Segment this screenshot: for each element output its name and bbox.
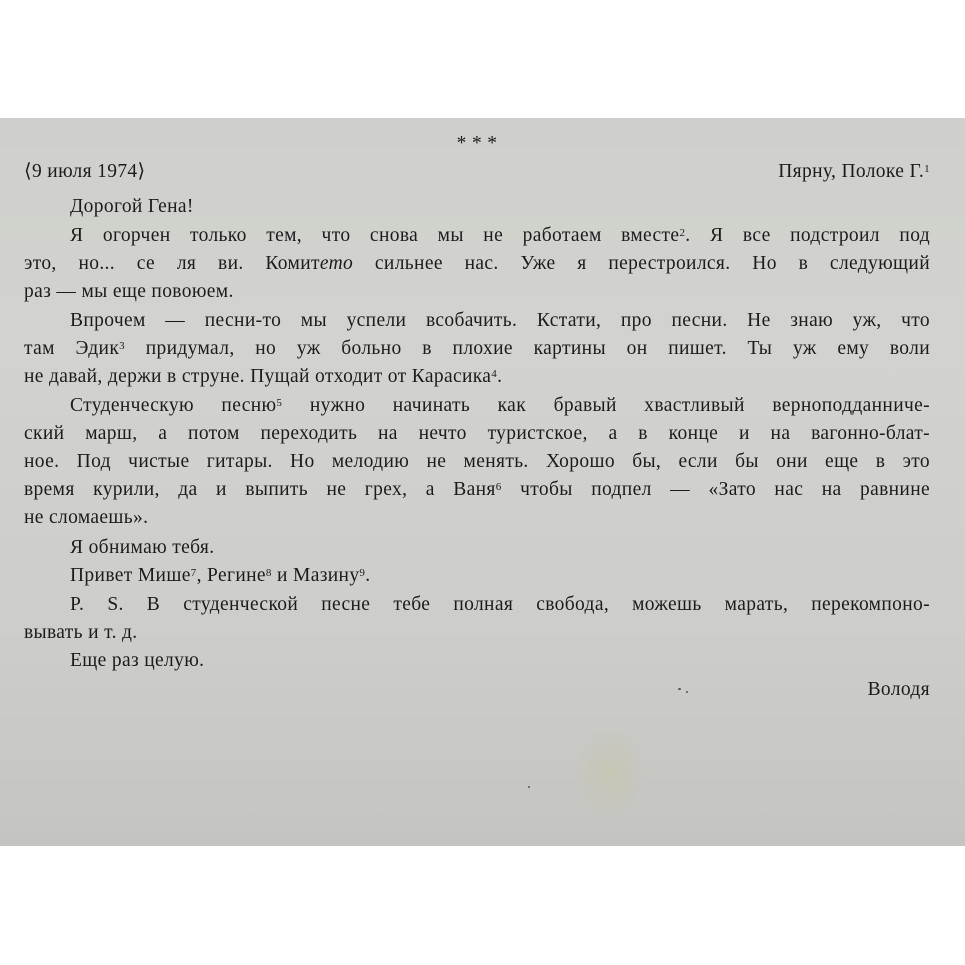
paragraph-2-line-3: не давай, держи в струне. Пущай отходит …: [24, 365, 930, 389]
paragraph-3-line-4: время курили, да и выпить не грех, а Ван…: [24, 478, 930, 502]
section-separator: * * *: [24, 132, 930, 156]
postscript-line-2: вывать и т. д.: [24, 621, 930, 645]
page-photo: * * * ⟨9 июля 1974⟩ Пярну, Полоке Г.1 До…: [0, 118, 965, 846]
paragraph-1-line-3: раз — мы еще повоюем.: [24, 280, 930, 304]
footnote-ref: 6: [496, 481, 502, 493]
footnote-ref: 5: [276, 397, 282, 409]
paragraph-3-line-3: ное. Под чистые гитары. Но мелодию не ме…: [24, 450, 930, 474]
paragraph-1-line-2: это, но... се ля ви. Комитето сильнее на…: [24, 252, 930, 276]
paragraph-2-line-2: там Эдик3 придумал, но уж больно в плохи…: [24, 337, 930, 361]
closing-kiss: Еще раз целую.: [70, 649, 930, 673]
paragraph-3-line-5: не сломаешь».: [24, 506, 930, 530]
footnote-ref: 1: [924, 163, 930, 175]
paragraph-1-line-1: Я огорчен только тем, что снова мы не ра…: [70, 224, 930, 248]
closing-hug: Я обнимаю тебя.: [70, 536, 930, 560]
greeting-line: Привет Мише7, Регине8 и Мазину9.: [70, 564, 930, 588]
ink-speck: [528, 786, 530, 788]
footnote-ref: 8: [266, 567, 272, 579]
letter-place: Пярну, Полоке Г.1: [24, 160, 930, 184]
footnote-ref: 9: [359, 567, 365, 579]
footnote-ref: 4: [491, 368, 497, 380]
paragraph-3-line-2: ский марш, а потом переходить на нечто т…: [24, 422, 930, 446]
salutation: Дорогой Гена!: [70, 195, 930, 219]
signature: Володя: [24, 678, 930, 702]
paragraph-2-line-1: Впрочем — песни-то мы успели всобачить. …: [70, 309, 930, 333]
paper-stain: [575, 728, 645, 818]
footnote-ref: 3: [119, 340, 125, 352]
paragraph-3-line-1: Студенческую песню5 нужно начинать как б…: [70, 394, 930, 418]
footnote-ref: 7: [191, 567, 197, 579]
postscript-line-1: P. S. В студенческой песне тебе полная с…: [70, 593, 930, 617]
footnote-ref: 2: [679, 227, 685, 239]
